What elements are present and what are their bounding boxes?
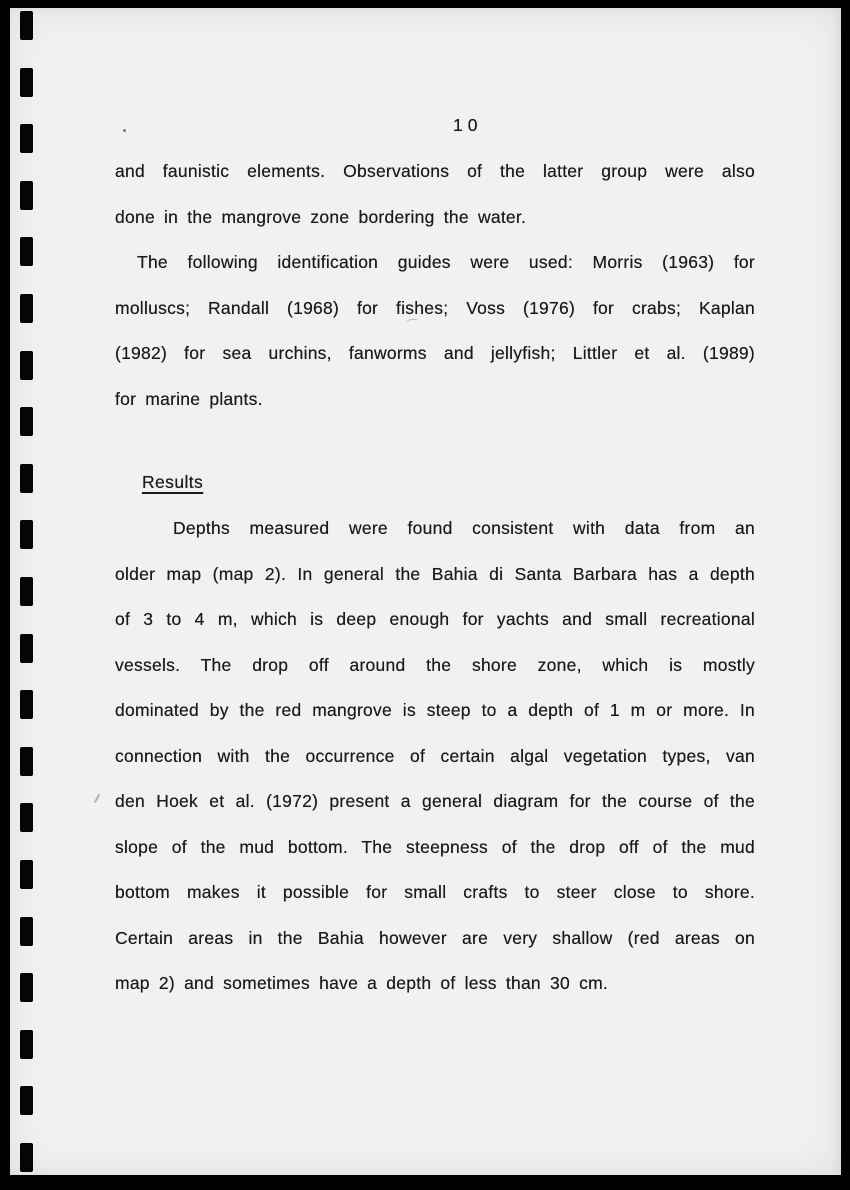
- binding-hole: [20, 124, 33, 153]
- binding-hole: [20, 68, 33, 97]
- text-line: dominated by the red mangrove is steep t…: [115, 688, 755, 734]
- text-line: den Hoek et al. (1972) present a general…: [115, 779, 755, 825]
- body-text: and faunistic elements. Observations of …: [115, 8, 755, 1190]
- binding-hole: [20, 634, 33, 663]
- text-line: for marine plants.: [115, 377, 755, 423]
- text-line: Depths measured were found consistent wi…: [115, 506, 755, 552]
- document-page: 10 Results and faunistic elements. Obser…: [10, 8, 841, 1175]
- text-line: map 2) and sometimes have a depth of les…: [115, 961, 755, 1007]
- text-line: molluscs; Randall (1968) for fishes; Vos…: [115, 286, 755, 332]
- text-line: vessels. The drop off around the shore z…: [115, 643, 755, 689]
- text-line: of 3 to 4 m, which is deep enough for ya…: [115, 597, 755, 643]
- binding-hole: [20, 690, 33, 719]
- paragraph: Depths measured were found consistent wi…: [115, 506, 755, 1007]
- binding-hole: [20, 577, 33, 606]
- text-line: done in the mangrove zone bordering the …: [115, 195, 755, 241]
- binding-hole: [20, 237, 33, 266]
- binding-hole: [20, 747, 33, 776]
- binding-hole: [20, 917, 33, 946]
- scan-background: 10 Results and faunistic elements. Obser…: [0, 0, 850, 1190]
- binding-hole: [20, 181, 33, 210]
- binding-hole: [20, 1030, 33, 1059]
- binding-hole: [20, 803, 33, 832]
- binding-hole: [20, 1143, 33, 1172]
- text-line: bottom makes it possible for small craft…: [115, 870, 755, 916]
- scan-speck: [94, 794, 100, 803]
- binding-holes: [0, 0, 60, 1190]
- binding-hole: [20, 860, 33, 889]
- paragraph: and faunistic elements. Observations of …: [115, 149, 755, 240]
- binding-hole: [20, 294, 33, 323]
- text-line: (1982) for sea urchins, fanworms and jel…: [115, 331, 755, 377]
- binding-hole: [20, 464, 33, 493]
- binding-hole: [20, 1086, 33, 1115]
- text-line: and faunistic elements. Observations of …: [115, 149, 755, 195]
- text-line: Certain areas in the Bahia however are v…: [115, 916, 755, 962]
- binding-hole: [20, 973, 33, 1002]
- binding-hole: [20, 520, 33, 549]
- paragraph: The following identification guides were…: [115, 240, 755, 422]
- text-line: connection with the occurrence of certai…: [115, 734, 755, 780]
- scan-speck: [123, 129, 126, 132]
- binding-hole: [20, 407, 33, 436]
- text-line: older map (map 2). In general the Bahia …: [115, 552, 755, 598]
- text-line: The following identification guides were…: [115, 240, 755, 286]
- text-line: slope of the mud bottom. The steepness o…: [115, 825, 755, 871]
- binding-hole: [20, 351, 33, 380]
- binding-hole: [20, 11, 33, 40]
